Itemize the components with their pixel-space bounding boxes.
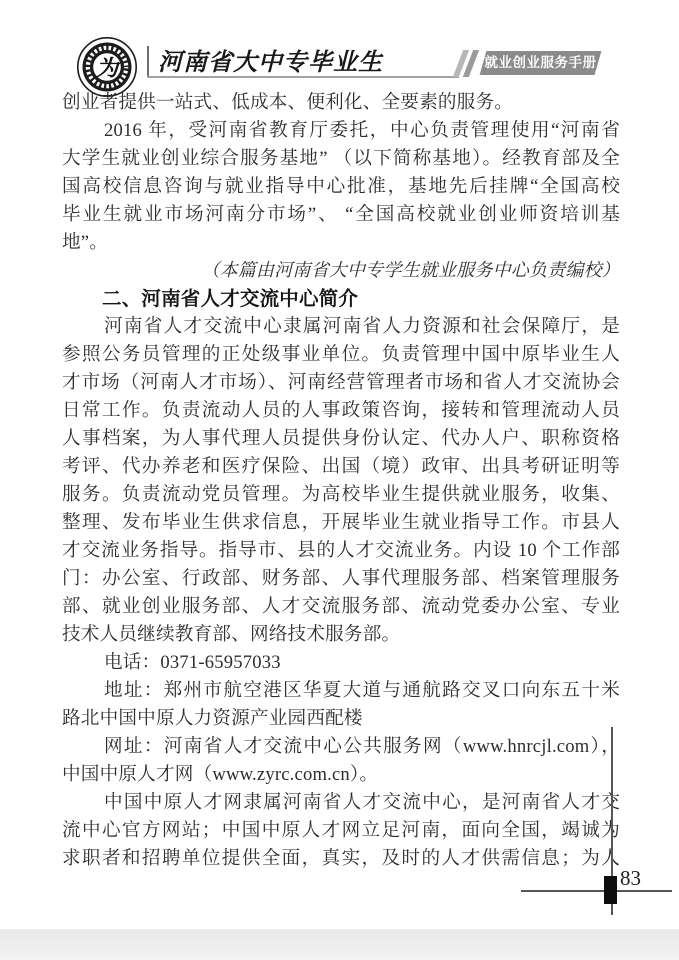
body-line: 考评、代办养老和医疗保险、出国（境）政审、出具考研证明等 [62, 453, 620, 481]
body-line: 中国中原人才网隶属河南省人才交流中心，是河南省人才交 [62, 789, 620, 817]
double-slash-icon [458, 50, 482, 77]
page-number-marker [604, 876, 617, 904]
edition-badge-label: 就业创业服务手册 [483, 51, 598, 75]
body-line: 地”。 [62, 229, 620, 257]
body-line: 2016 年，受河南省教育厅委托，中心负责管理使用“河南省 [62, 117, 620, 145]
body-line: 电话：0371-65957033 [62, 649, 620, 677]
body-text: 创业者提供一站式、低成本、便利化、全要素的服务。2016 年，受河南省教育厅委托… [62, 89, 620, 873]
body-line: 大学生就业创业综合服务基地” （以下简称基地）。经教育部及全 [62, 145, 620, 173]
page-number-hline [521, 890, 672, 892]
body-line: 创业者提供一站式、低成本、便利化、全要素的服务。 [62, 89, 620, 117]
body-line: 人事档案，为人事代理人员提供身份认定、代办人户、职称资格 [62, 425, 620, 453]
body-line: 部、就业创业服务部、人才交流服务部、流动党委办公室、专业 [62, 593, 620, 621]
page-title: 河南省大中专毕业生 [158, 46, 383, 78]
body-line: 技术人员继续教育部、网络技术服务部。 [62, 621, 620, 649]
body-line: 流中心官方网站；中国中原人才网立足河南，面向全国，竭诚为 [62, 817, 620, 845]
scan-bottom-shade [0, 929, 679, 960]
seal-glyph: 为 [96, 56, 121, 81]
body-line: 才交流业务指导。指导市、县的人才交流业务。内设 10 个工作部 [62, 537, 620, 565]
body-line: 路北中国中原人力资源产业园西配楼 [62, 705, 620, 733]
body-line: 国高校信息咨询与就业指导中心批准，基地先后挂牌“全国高校 [62, 173, 620, 201]
page-container: 为 河南省大中专毕业生 就业创业服务手册 创业者提供一站式、低成本、便利化、全要… [0, 0, 679, 960]
body-line: 二、河南省人才交流中心简介 [62, 285, 620, 313]
body-line: 网址：河南省人才交流中心公共服务网（www.hnrcjl.com）， [62, 733, 620, 761]
body-line: 服务。负责流动党员管理。为高校毕业生提供就业服务，收集、 [62, 481, 620, 509]
header-rule-line [147, 76, 459, 78]
body-line: 毕业生就业市场河南分市场”、 “全国高校就业创业师资培训基 [62, 201, 620, 229]
body-line: 门：办公室、行政部、财务部、人事代理服务部、档案管理服务 [62, 565, 620, 593]
body-line: 才市场（河南人才市场）、河南经营管理者市场和省人才交流协会 [62, 369, 620, 397]
body-line: 地址：郑州市航空港区华夏大道与通航路交叉口向东五十米 [62, 677, 620, 705]
body-line: 整理、发布毕业生供求信息，开展毕业生就业指导工作。市县人 [62, 509, 620, 537]
body-line: 参照公务员管理的正处级事业单位。负责管理中国中原毕业生人 [62, 341, 620, 369]
body-line: 日常工作。负责流动人员的人事政策咨询，接转和管理流动人员 [62, 397, 620, 425]
body-line: 河南省人才交流中心隶属河南省人力资源和社会保障厅，是 [62, 313, 620, 341]
header-divider-line [147, 46, 149, 77]
body-line: （本篇由河南省大中专学生就业服务中心负责编校） [62, 257, 620, 285]
page-number: 83 [620, 865, 641, 891]
body-line: 中国中原人才网（www.zyrc.com.cn）。 [62, 761, 620, 789]
body-line: 求职者和招聘单位提供全面，真实，及时的人才供需信息；为人 [62, 845, 620, 873]
edition-badge: 就业创业服务手册 [483, 51, 598, 75]
